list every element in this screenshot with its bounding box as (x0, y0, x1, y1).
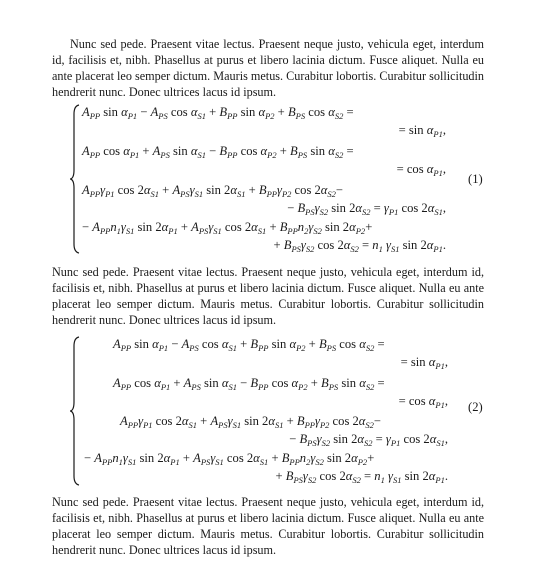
equation-2-line-8: + BPSγS2 cos 2αS2 = n1 γS1 sin 2αP1. (275, 468, 448, 484)
equation-2-line-5: APPγP1 cos 2αS1 + APSγS1 sin 2αS1 + BPPγ… (120, 413, 381, 429)
paragraph-3: Nunc sed pede. Praesent vitae lectus. Pr… (52, 494, 484, 558)
equation-2-line-4: = cos αP1, (399, 393, 448, 409)
equation-2-line-7: − APPn1γS1 sin 2αP1 + APSγS1 cos 2αS1 + … (84, 450, 374, 466)
equation-number-1: (1) (468, 172, 483, 187)
equation-1-line-6: − BPSγS2 sin 2αS2 = γP1 cos 2αS1, (287, 200, 446, 216)
equation-1-line-4: = cos αP1, (397, 161, 446, 177)
equation-1-line-8: + BPSγS2 cos 2αS2 = n1 γS1 sin 2αP1. (273, 237, 446, 253)
left-brace-icon (70, 336, 80, 486)
equation-number-2: (2) (468, 400, 483, 415)
equation-2-line-2: = sin αP1, (401, 354, 448, 370)
equation-2-line-1: APP sin αP1 − APS cos αS1 + BPP sin αP2 … (113, 336, 385, 352)
equation-1-line-7: − APPn1γS1 sin 2αP1 + APSγS1 cos 2αS1 + … (82, 219, 372, 235)
equation-1-line-3: APP cos αP1 + APS sin αS1 − BPP cos αP2 … (82, 143, 354, 159)
equation-2-line-3: APP cos αP1 + APS sin αS1 − BPP cos αP2 … (113, 375, 385, 391)
paragraph-1: Nunc sed pede. Praesent vitae lectus. Pr… (52, 36, 484, 100)
equation-1-line-5: APPγP1 cos 2αS1 + APSγS1 sin 2αS1 + BPPγ… (82, 182, 343, 198)
paragraph-2: Nunc sed pede. Praesent vitae lectus. Pr… (52, 264, 484, 328)
left-brace-icon (70, 104, 80, 254)
equation-2-line-6: − BPSγS2 sin 2αS2 = γP1 cos 2αS1, (289, 431, 448, 447)
equation-1-line-2: = sin αP1, (399, 122, 446, 138)
equation-1-line-1: APP sin αP1 − APS cos αS1 + BPP sin αP2 … (82, 104, 354, 120)
